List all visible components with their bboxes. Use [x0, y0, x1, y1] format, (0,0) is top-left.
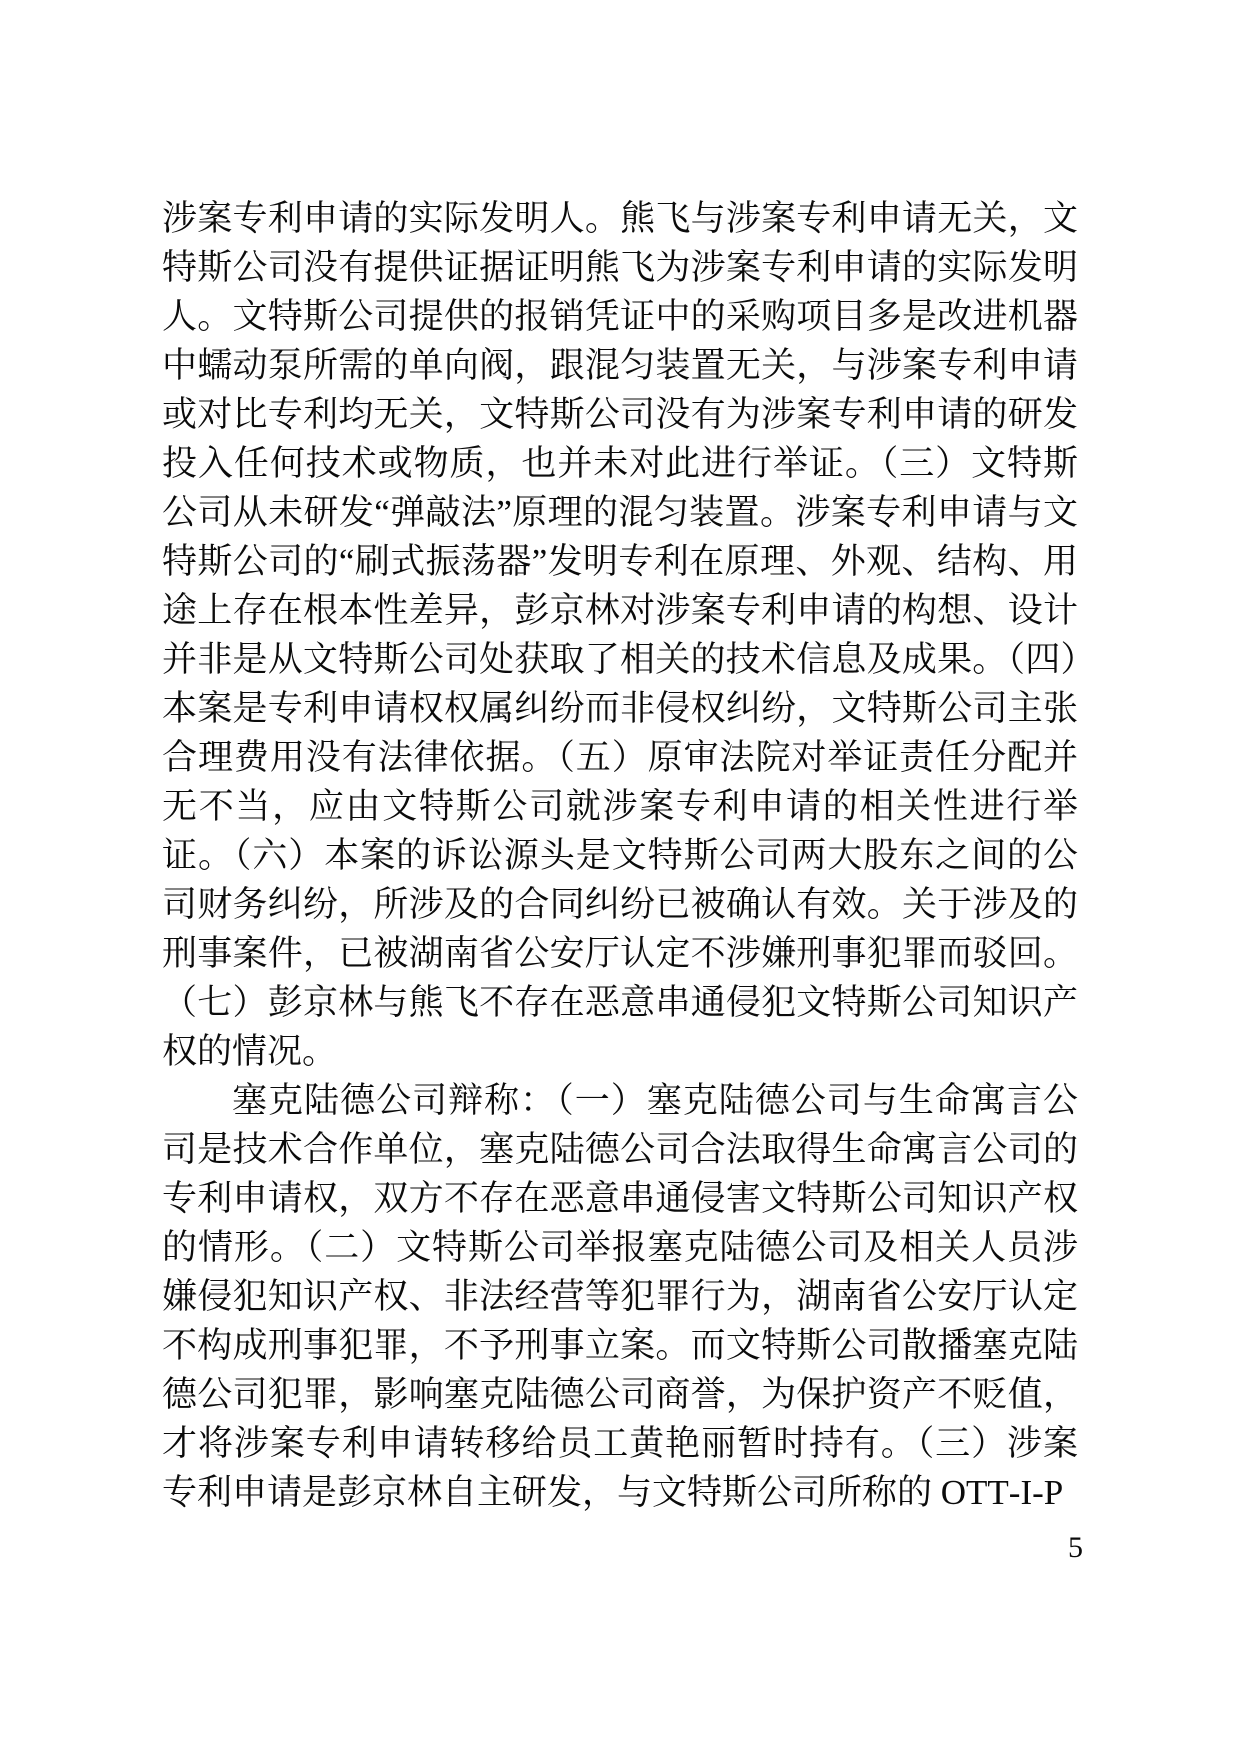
paragraph-sekelude-defense: 塞克陆德公司辩称：（一）塞克陆德公司与生命寓言公司是技术合作单位，塞克陆德公司合…: [162, 1076, 1078, 1517]
document-page: 涉案专利申请的实际发明人。熊飞与涉案专利申请无关，文特斯公司没有提供证据证明熊飞…: [0, 0, 1240, 1754]
body-text: 涉案专利申请的实际发明人。熊飞与涉案专利申请无关，文特斯公司没有提供证据证明熊飞…: [162, 194, 1078, 1517]
page-number: 5: [0, 1530, 1083, 1566]
paragraph-appellee-reply-continuation: 涉案专利申请的实际发明人。熊飞与涉案专利申请无关，文特斯公司没有提供证据证明熊飞…: [162, 194, 1078, 1076]
